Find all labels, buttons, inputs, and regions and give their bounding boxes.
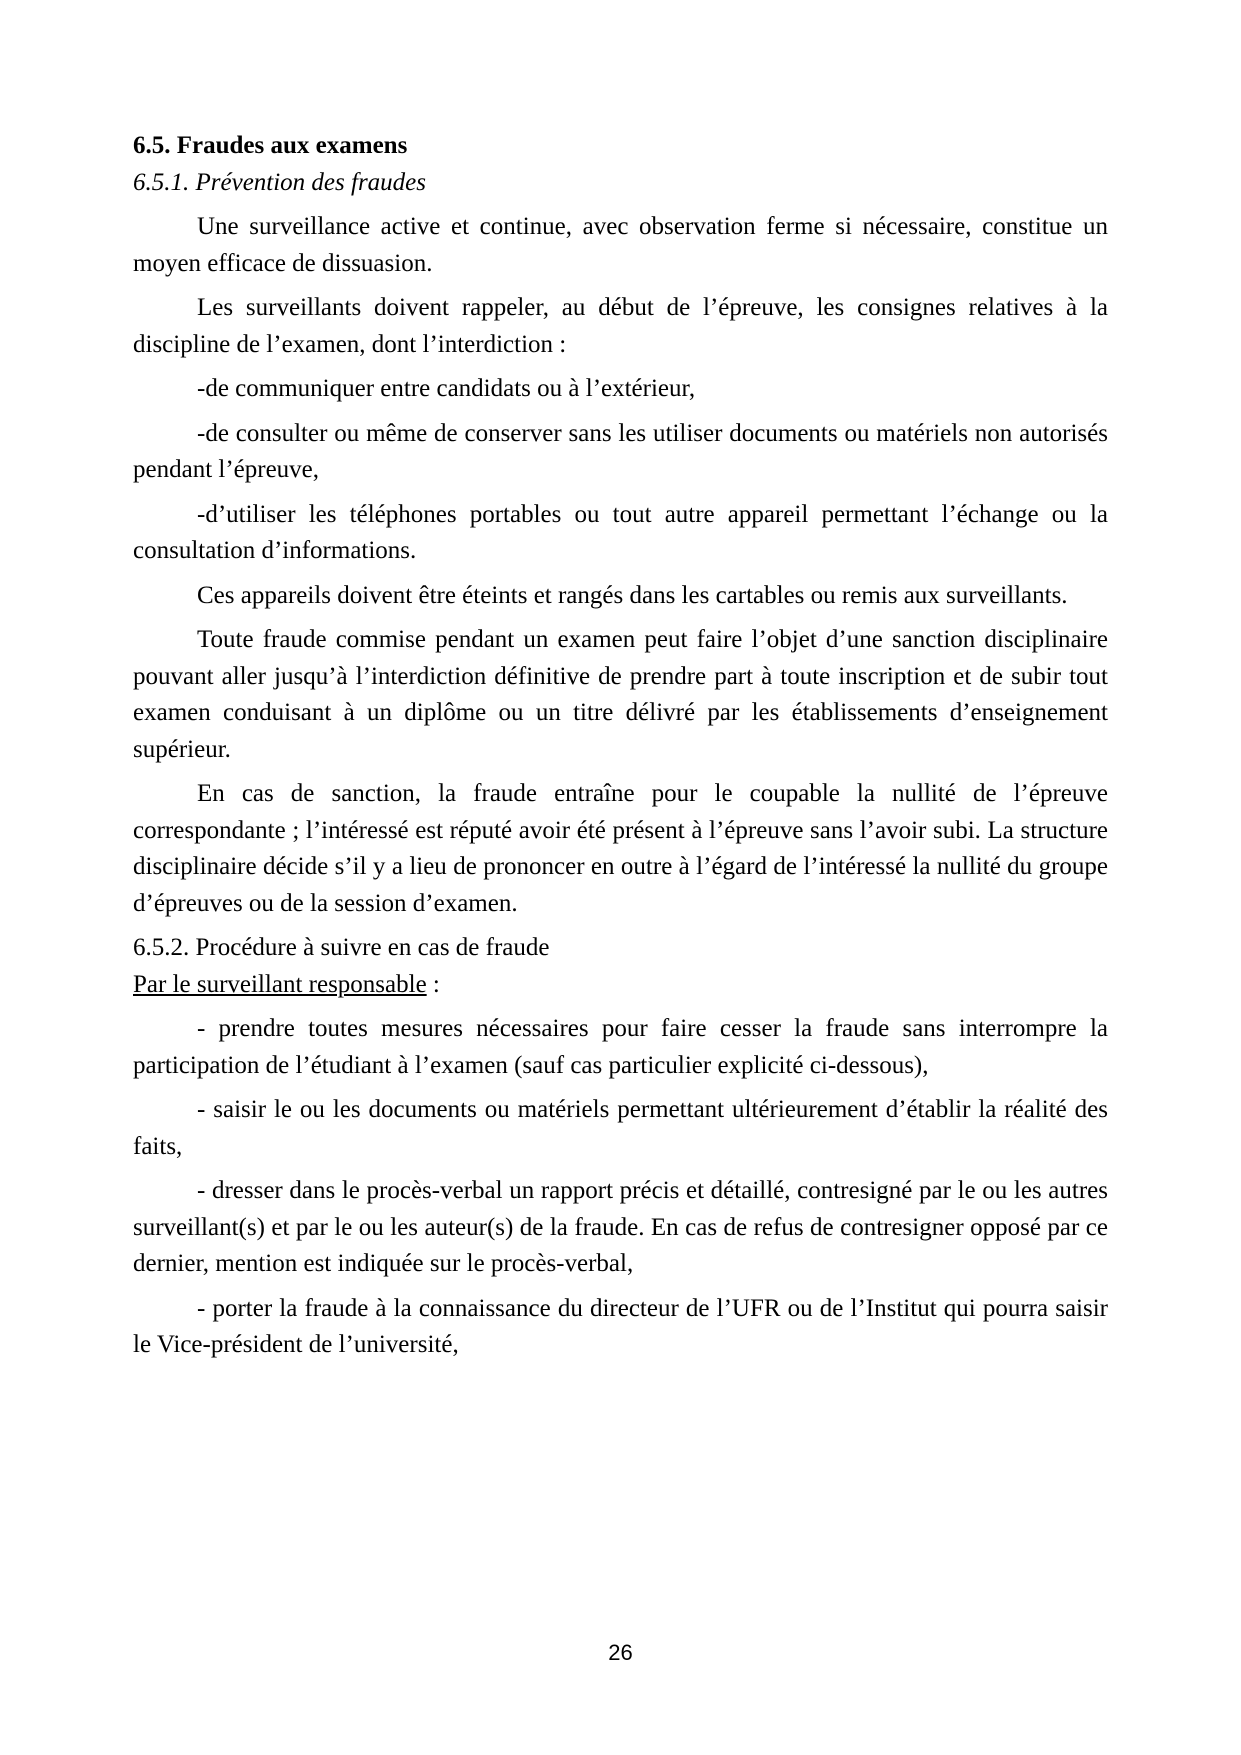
list-item-porter: - porter la fraude à la connaissance du … bbox=[133, 1291, 1108, 1364]
list-item-prendre: - prendre toutes mesures nécessaires pou… bbox=[133, 1011, 1108, 1084]
list-item-dresser: - dresser dans le procès-verbal un rappo… bbox=[133, 1173, 1108, 1283]
lead-colon: : bbox=[427, 971, 440, 998]
list-item-communiquer: -de communiquer entre candidats ou à l’e… bbox=[133, 371, 1108, 408]
paragraph-surveillance: Une surveillance active et continue, ave… bbox=[133, 209, 1108, 282]
paragraph-rappeler: Les surveillants doivent rappeler, au dé… bbox=[133, 290, 1108, 363]
document-page: 6.5. Fraudes aux examens 6.5.1. Préventi… bbox=[0, 0, 1241, 1755]
list-item-saisir: - saisir le ou les documents ou matériel… bbox=[133, 1092, 1108, 1165]
page-number: 26 bbox=[0, 1641, 1241, 1665]
lead-underlined-text: Par le surveillant responsable bbox=[133, 971, 427, 998]
subsection-heading-651: 6.5.1. Prévention des fraudes bbox=[133, 165, 1108, 202]
paragraph-toute-fraude: Toute fraude commise pendant un examen p… bbox=[133, 622, 1108, 768]
list-item-consulter: -de consulter ou même de conserver sans … bbox=[133, 416, 1108, 489]
list-item-telephones: -d’utiliser les téléphones portables ou … bbox=[133, 497, 1108, 570]
paragraph-appareils: Ces appareils doivent être éteints et ra… bbox=[133, 578, 1108, 615]
paragraph-en-cas-sanction: En cas de sanction, la fraude entraîne p… bbox=[133, 776, 1108, 922]
section-heading: 6.5. Fraudes aux examens bbox=[133, 128, 1108, 165]
subsection-heading-652: 6.5.2. Procédure à suivre en cas de frau… bbox=[133, 930, 1108, 967]
lead-par-le-surveillant: Par le surveillant responsable : bbox=[133, 967, 1108, 1004]
